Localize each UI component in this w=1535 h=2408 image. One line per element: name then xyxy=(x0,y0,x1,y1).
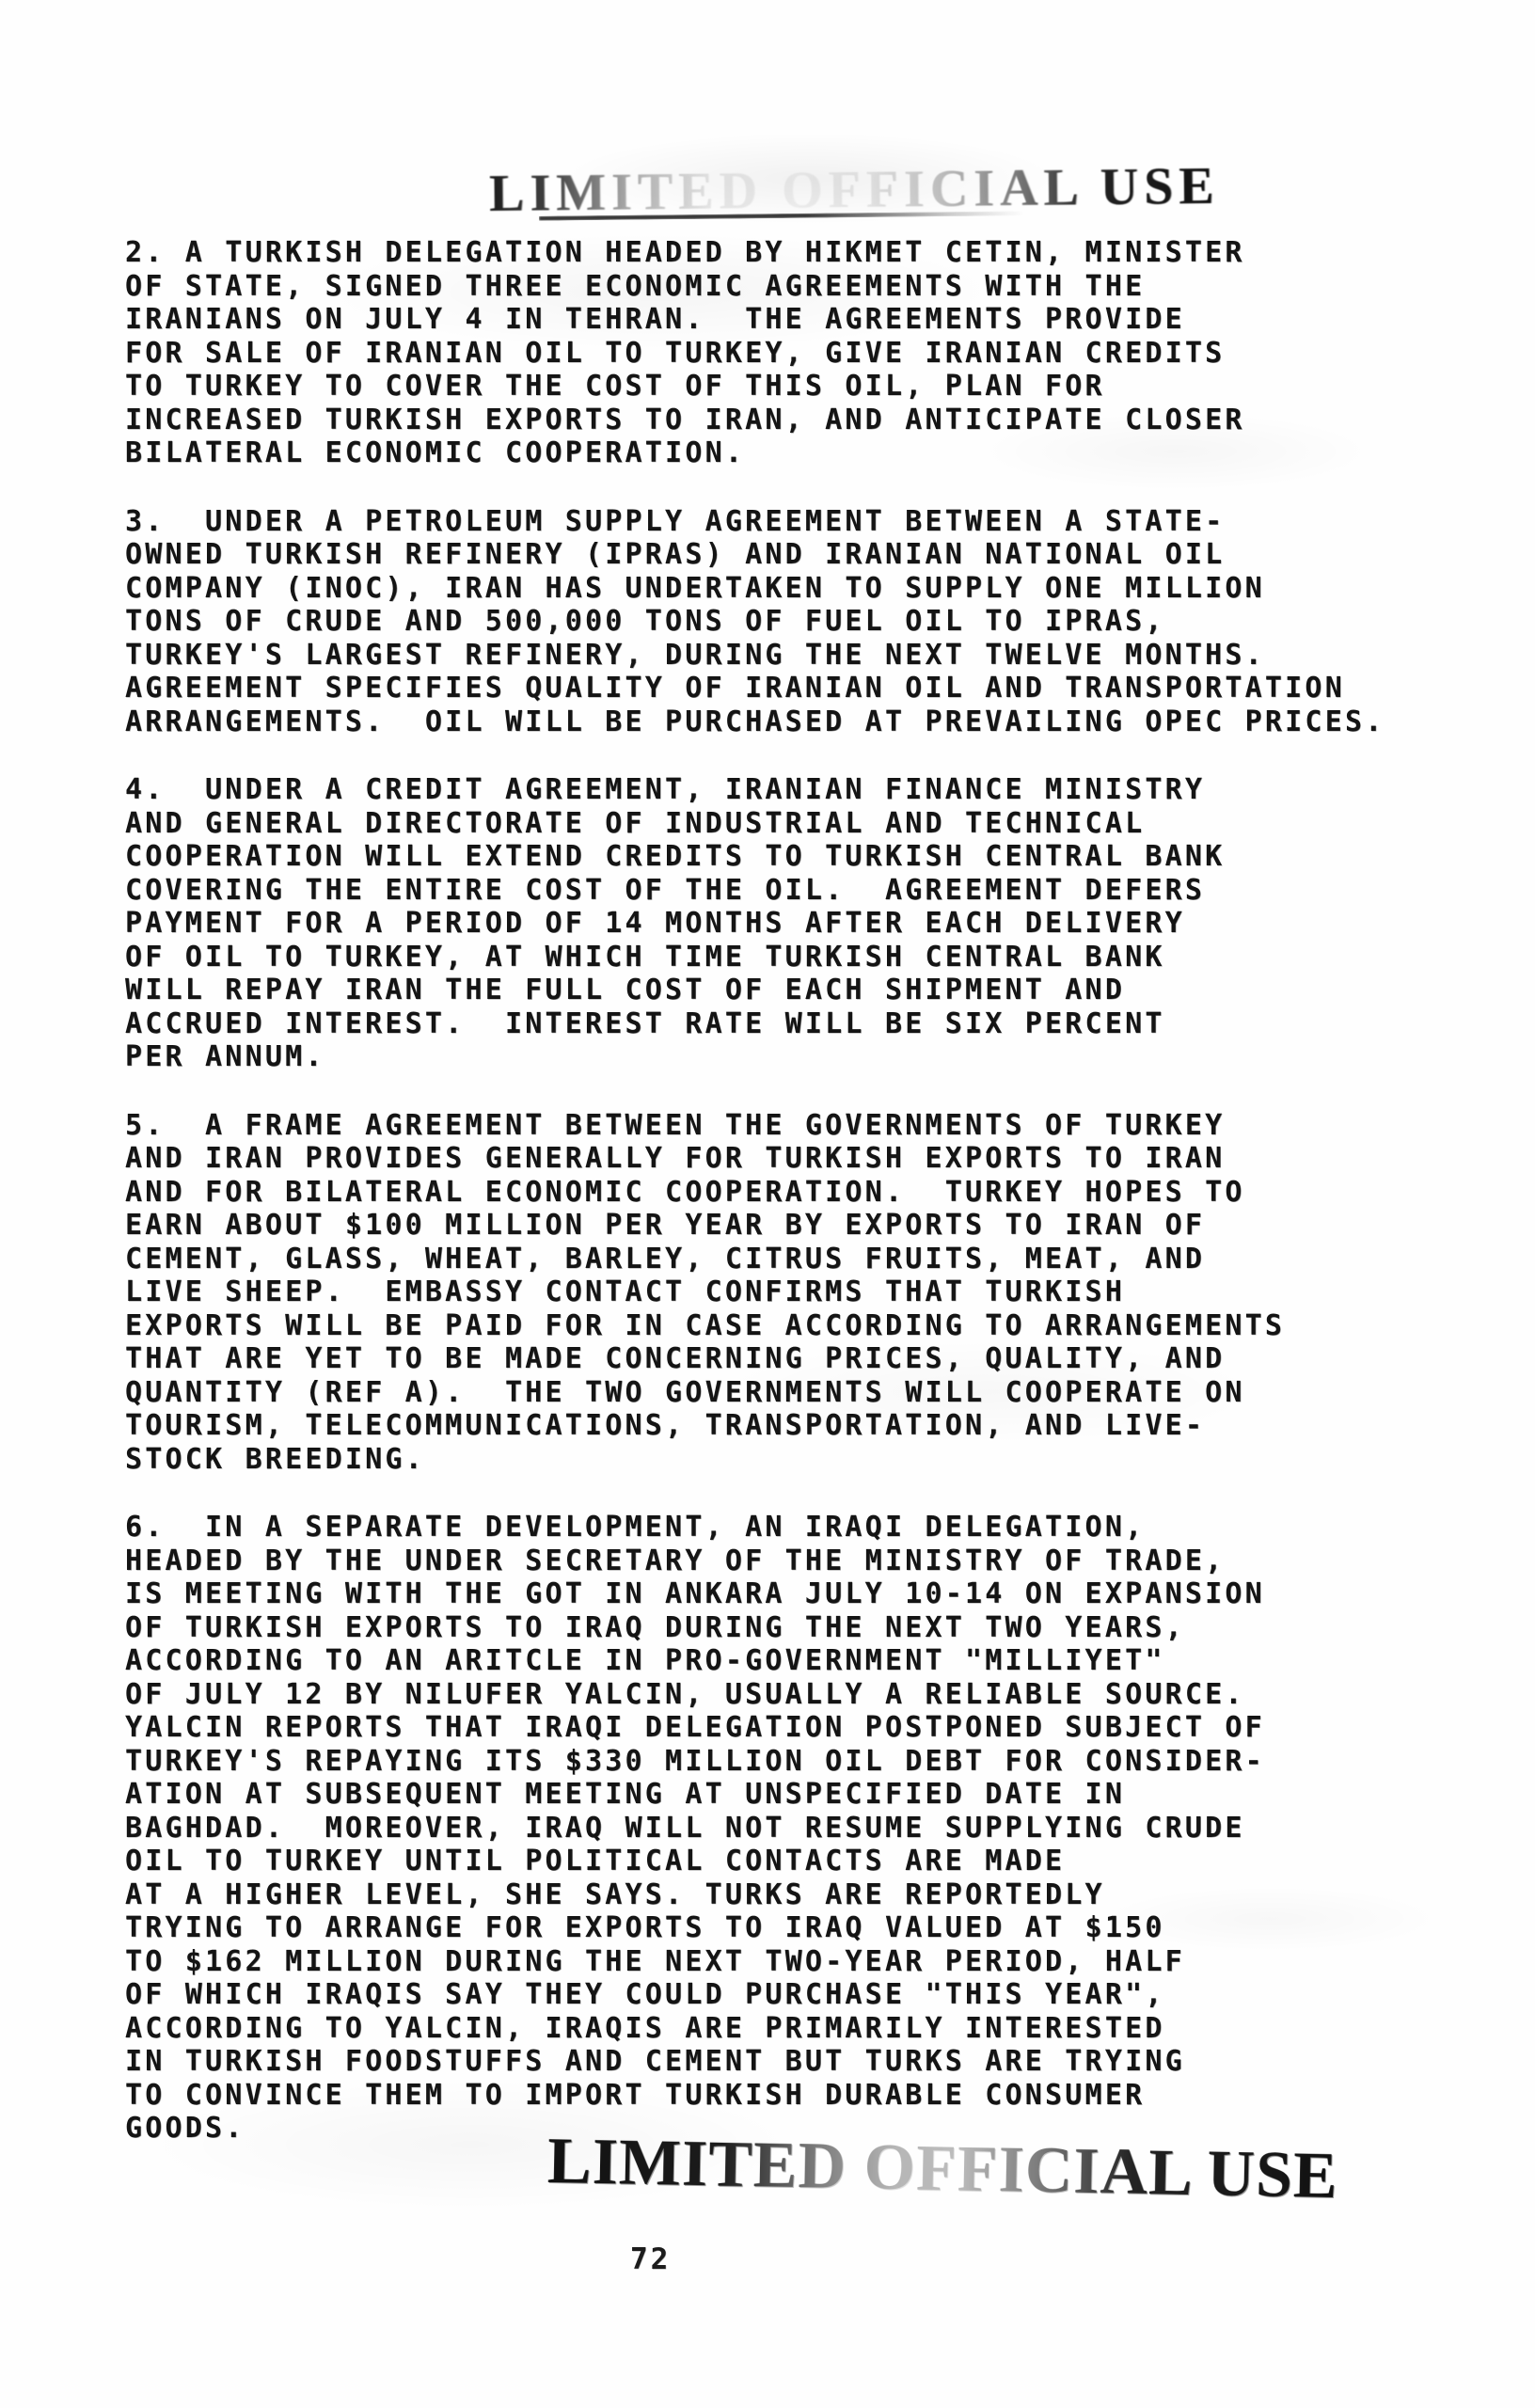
page-number: 72 xyxy=(630,2242,671,2276)
classification-stamp-bottom: LIMITED OFFICIAL USE xyxy=(546,2124,1338,2214)
paragraph-4: 4. UNDER A CREDIT AGREEMENT, IRANIAN FIN… xyxy=(125,773,1461,1074)
paragraph-2: 2. A TURKISH DELEGATION HEADED BY HIKMET… xyxy=(125,236,1461,470)
scanned-document-page: LIMITED OFFICIAL USE 2. A TURKISH DELEGA… xyxy=(0,0,1535,2408)
paragraph-3: 3. UNDER A PETROLEUM SUPPLY AGREEMENT BE… xyxy=(125,505,1461,739)
cable-body-text: 2. A TURKISH DELEGATION HEADED BY HIKMET… xyxy=(125,236,1461,2146)
paragraph-5: 5. A FRAME AGREEMENT BETWEEN THE GOVERNM… xyxy=(125,1109,1461,1477)
paragraph-6: 6. IN A SEPARATE DEVELOPMENT, AN IRAQI D… xyxy=(125,1511,1461,2146)
